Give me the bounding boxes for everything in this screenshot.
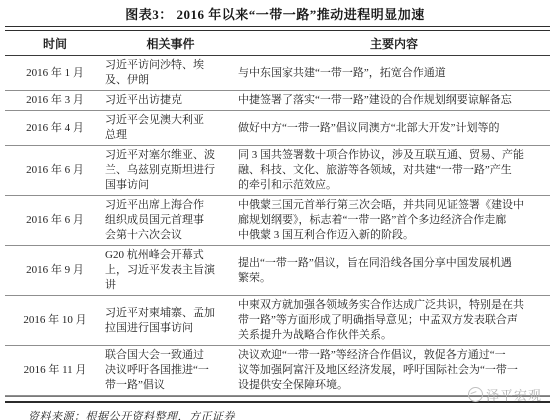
cell-event: 习近平出访捷克 bbox=[105, 93, 236, 108]
cell-time: 2016 年 4 月 bbox=[5, 121, 105, 136]
header-content: 主要内容 bbox=[236, 35, 550, 52]
cell-event: 习近平会见澳大利亚 总理 bbox=[105, 113, 236, 143]
table-row: 2016 年 6 月 习近平对塞尔维亚、波 兰、乌兹别克斯坦进行 国事访问 同 … bbox=[5, 146, 550, 196]
cell-content: 中柬双方就加强各领域务实合作达成广泛共识，特别是在共 带一路”等方面形成了明确指… bbox=[236, 298, 550, 343]
events-table: 时间 相关事件 主要内容 2016 年 1 月 习近平访问沙特、埃 及、伊朗 与… bbox=[5, 26, 550, 403]
table-row: 2016 年 9 月 G20 杭州峰会开幕式 上，习近平发表主旨演 讲 提出“一… bbox=[5, 246, 550, 296]
watermark: 泽平宏观 bbox=[468, 385, 542, 404]
header-event: 相关事件 bbox=[105, 35, 236, 52]
cell-time: 2016 年 6 月 bbox=[5, 163, 105, 178]
cell-event: 联合国大会一致通过 决议呼吁各国推进“一 带一路”倡议 bbox=[105, 348, 236, 393]
header-time: 时间 bbox=[5, 35, 105, 52]
source-note: 资料来源：根据公开资料整理，方正证券 bbox=[28, 408, 550, 420]
cell-content: 做好中方“一带一路”倡议同澳方“北部大开发”计划等的 bbox=[236, 121, 550, 136]
zeping-macro-logo-icon bbox=[468, 387, 483, 402]
table-row: 2016 年 3 月 习近平出访捷克 中捷签署了落实“一带一路”建设的合作规划纲… bbox=[5, 91, 550, 111]
cell-content: 与中东国家共建“一带一路”，拓宽合作通道 bbox=[236, 66, 550, 81]
cell-time: 2016 年 6 月 bbox=[5, 213, 105, 228]
cell-event: 习近平出席上海合作 组织成员国元首理事 会第十六次会议 bbox=[105, 198, 236, 243]
table-row: 2016 年 4 月 习近平会见澳大利亚 总理 做好中方“一带一路”倡议同澳方“… bbox=[5, 111, 550, 146]
cell-time: 2016 年 3 月 bbox=[5, 93, 105, 108]
cell-event: 习近平对柬埔寨、孟加 拉国进行国事访问 bbox=[105, 306, 236, 336]
table-row: 2016 年 1 月 习近平访问沙特、埃 及、伊朗 与中东国家共建“一带一路”，… bbox=[5, 56, 550, 91]
cell-content: 提出“一带一路”倡议，旨在同沿线各国分享中国发展机遇 繁荣。 bbox=[236, 256, 550, 286]
cell-event: 习近平访问沙特、埃 及、伊朗 bbox=[105, 58, 236, 88]
cell-event: G20 杭州峰会开幕式 上，习近平发表主旨演 讲 bbox=[105, 248, 236, 293]
cell-content: 中俄蒙三国元首举行第三次会晤，并共同见证签署《建设中 廊规划纲要》，标志着“一带… bbox=[236, 198, 550, 243]
cell-event: 习近平对塞尔维亚、波 兰、乌兹别克斯坦进行 国事访问 bbox=[105, 148, 236, 193]
cell-content: 同 3 国共签署数十项合作协议，涉及互联互通、贸易、产能 融、科技、文化、旅游等… bbox=[236, 148, 550, 193]
cell-time: 2016 年 10 月 bbox=[5, 313, 105, 328]
chart-title: 图表3： 2016 年以来“一带一路”推动进程明显加速 bbox=[0, 0, 550, 23]
table-header-row: 时间 相关事件 主要内容 bbox=[5, 31, 550, 56]
cell-time: 2016 年 9 月 bbox=[5, 263, 105, 278]
table-row: 2016 年 10 月 习近平对柬埔寨、孟加 拉国进行国事访问 中柬双方就加强各… bbox=[5, 296, 550, 346]
table-row: 2016 年 6 月 习近平出席上海合作 组织成员国元首理事 会第十六次会议 中… bbox=[5, 196, 550, 246]
watermark-label: 泽平宏观 bbox=[486, 385, 542, 404]
cell-time: 2016 年 1 月 bbox=[5, 66, 105, 81]
cell-content: 中捷签署了落实“一带一路”建设的合作规划纲要谅解备忘 bbox=[236, 93, 550, 108]
cell-time: 2016 年 11 月 bbox=[5, 363, 105, 378]
